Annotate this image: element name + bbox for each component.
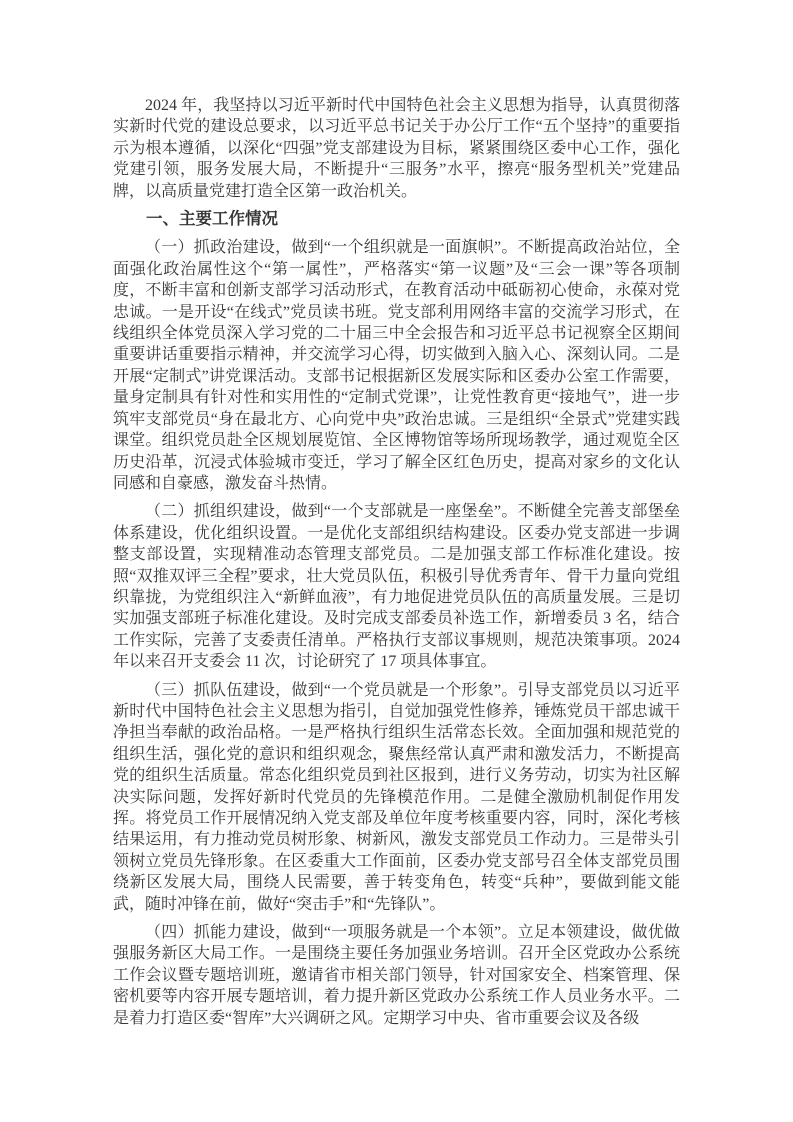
sub-paragraph-4: （四）抓能力建设，做到“一项服务就是一个本领”。立足本领建设，做优做强服务新区大… (113, 922, 680, 1029)
intro-paragraph: 2024 年，我坚持以习近平新时代中国特色社会主义思想为指导，认真贯彻落实新时代… (113, 95, 680, 202)
document-page: 2024 年，我坚持以习近平新时代中国特色社会主义思想为指导，认真贯彻落实新时代… (0, 0, 793, 1122)
sub-paragraph-1: （一）抓政治建设，做到“一个组织就是一面旗帜”。不断提高政治站位，全面强化政治属… (113, 237, 680, 494)
section-heading: 一、主要工作情况 (113, 209, 680, 230)
sub-paragraph-3: （三）抓队伍建设，做到“一个党员就是一个形象”。引导支部党员以习近平新时代中国特… (113, 680, 680, 915)
sub-paragraph-2: （二）抓组织建设，做到“一个支部就是一座堡垒”。不断健全完善支部堡垒体系建设，优… (113, 501, 680, 672)
